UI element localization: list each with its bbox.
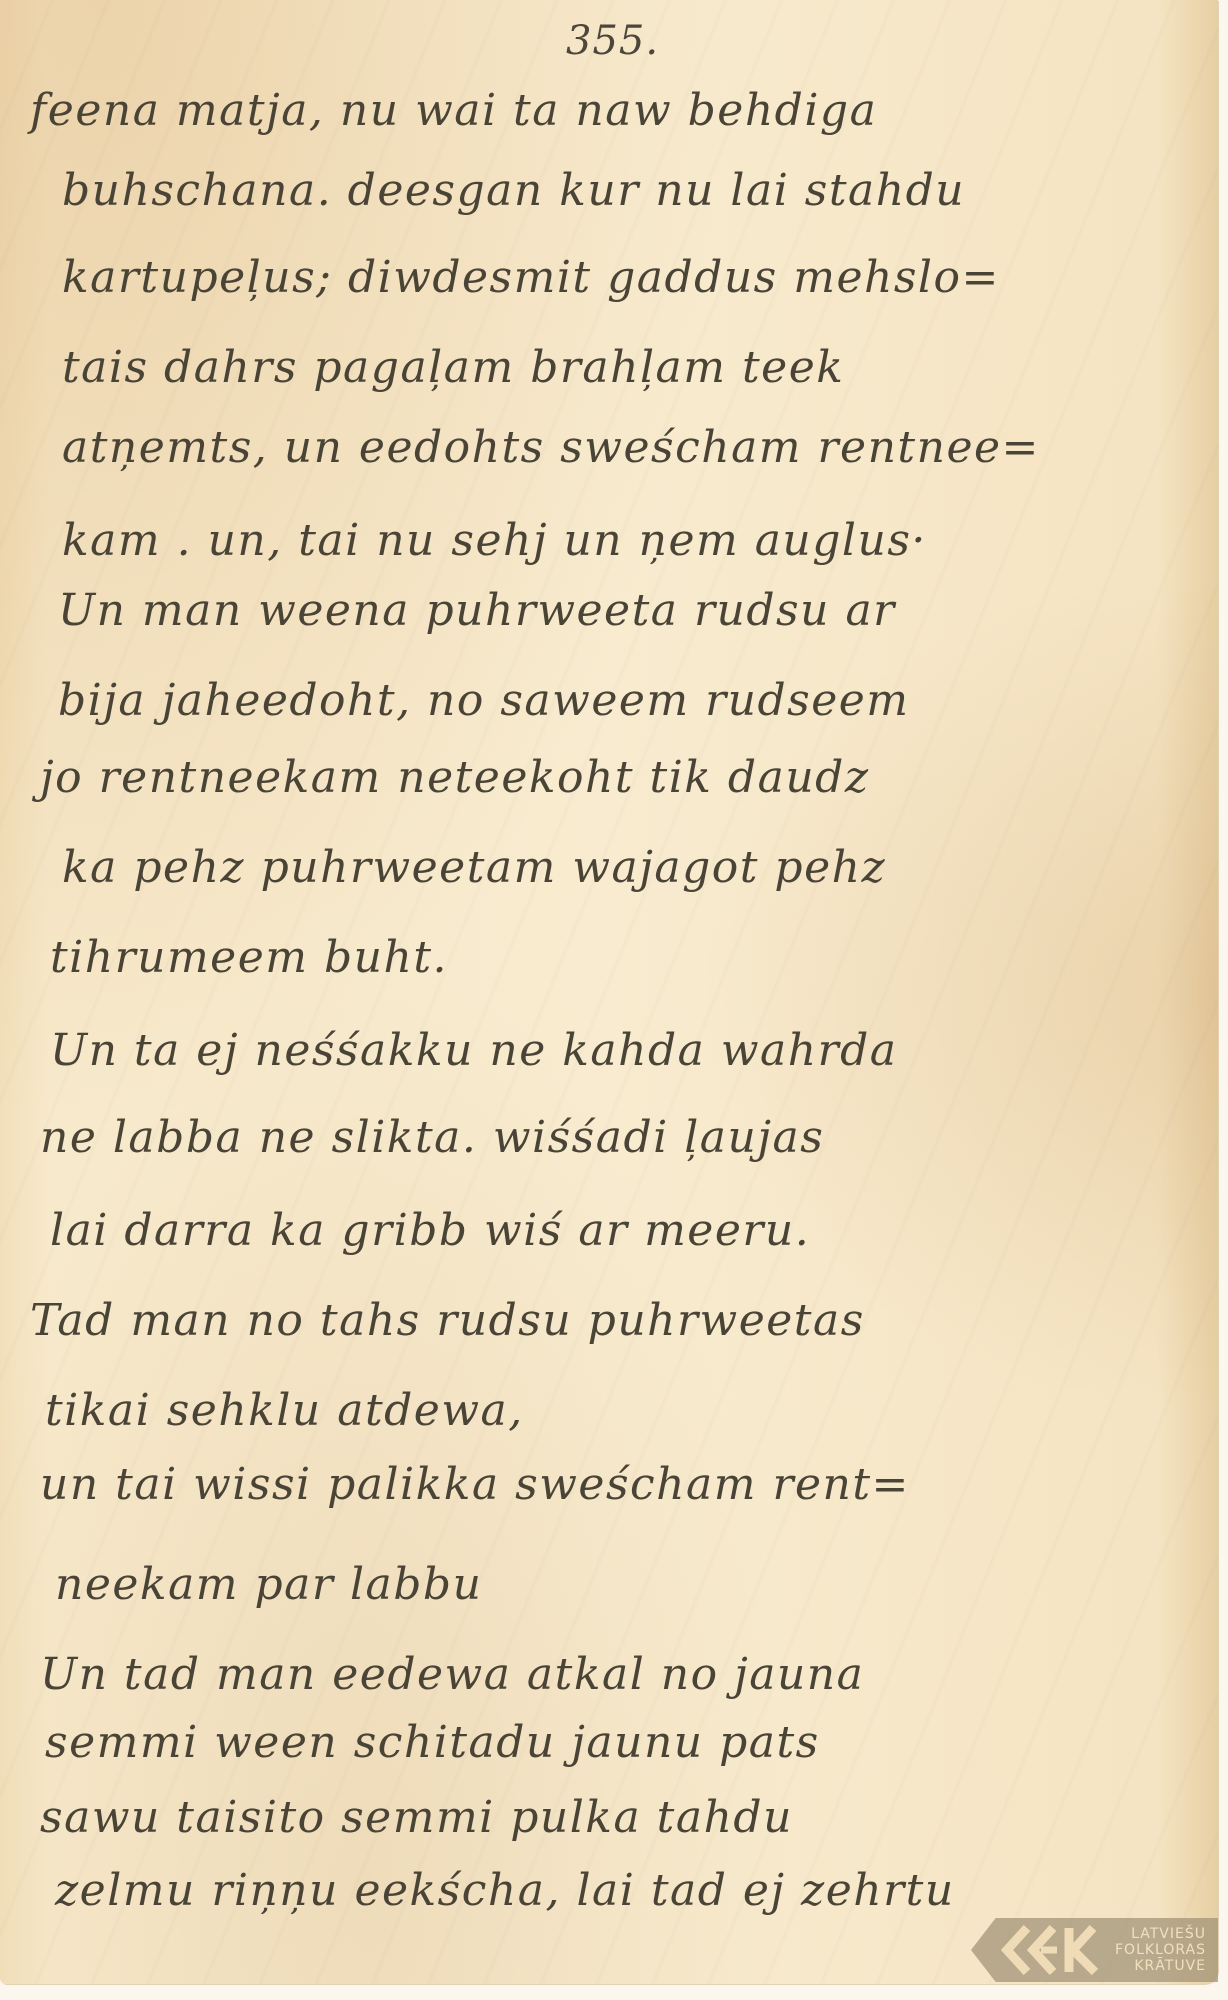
handwritten-line: atņemts, un eedohts sweścham rentnee= [62,422,1040,473]
handwritten-line: Un man weena puhrweeta rudsu ar [58,585,896,636]
archive-logo-watermark: LATVIEŠU FOLKLORAS KRĀTUVE [971,1918,1218,1982]
handwritten-line: bija jaheedoht, no saweem rudseem [58,675,910,726]
handwritten-line: un tai wissi palikka sweścham rent= [40,1459,910,1510]
handwritten-line: ne labba ne slikta. wiśśadi ļaujas [40,1112,824,1163]
handwritten-line: neekam par labbu [55,1559,482,1610]
lfk-logo-icon [1001,1924,1121,1976]
handwritten-line: tikai sehklu atdewa, [45,1385,524,1436]
logo-line-2: FOLKLORAS [1115,1942,1206,1958]
handwritten-line: zelmu riņņu eekścha, lai tad ej zehrtu [55,1865,955,1916]
handwritten-line: kam . un, tai nu sehj un ņem auglus· [62,515,927,566]
logo-line-1: LATVIEŠU [1115,1926,1206,1942]
handwritten-line: buhschana. deesgan kur nu lai stahdu [62,165,965,216]
handwritten-line: ka pehz puhrweetam wajagot pehz [62,842,886,893]
handwritten-line: lai darra ka gribb wiś ar meeru. [50,1205,810,1256]
chevron-k-logo-icon [1001,1924,1121,1976]
handwritten-line: Un tad man eedewa atkal no jauna [40,1649,864,1700]
logo-line-3: KRĀTUVE [1115,1958,1206,1974]
page-number: 355. [566,18,659,64]
handwritten-line: sawu taisito semmi pulka tahdu [40,1792,793,1843]
handwritten-line: Tad man no tahs rudsu puhrweetas [30,1295,865,1346]
handwritten-line: tihrumeem buht. [50,932,448,983]
handwritten-line: kartupeļus; diwdesmit gaddus mehslo= [62,252,1000,303]
handwritten-line: semmi ween schitadu jaunu pats [45,1717,820,1768]
manuscript-page: 355. feena matja, nu wai ta naw behdigab… [0,0,1218,1984]
handwritten-line: Un ta ej neśśakku ne kahda wahrda [50,1025,898,1076]
handwritten-line: feena matja, nu wai ta naw behdiga [30,85,877,136]
logo-wordmark: LATVIEŠU FOLKLORAS KRĀTUVE [1115,1926,1206,1974]
handwritten-line: jo rentneekam neteekoht tik daudz [40,752,870,803]
handwritten-line: tais dahrs pagaļam brahļam teek [62,342,844,393]
